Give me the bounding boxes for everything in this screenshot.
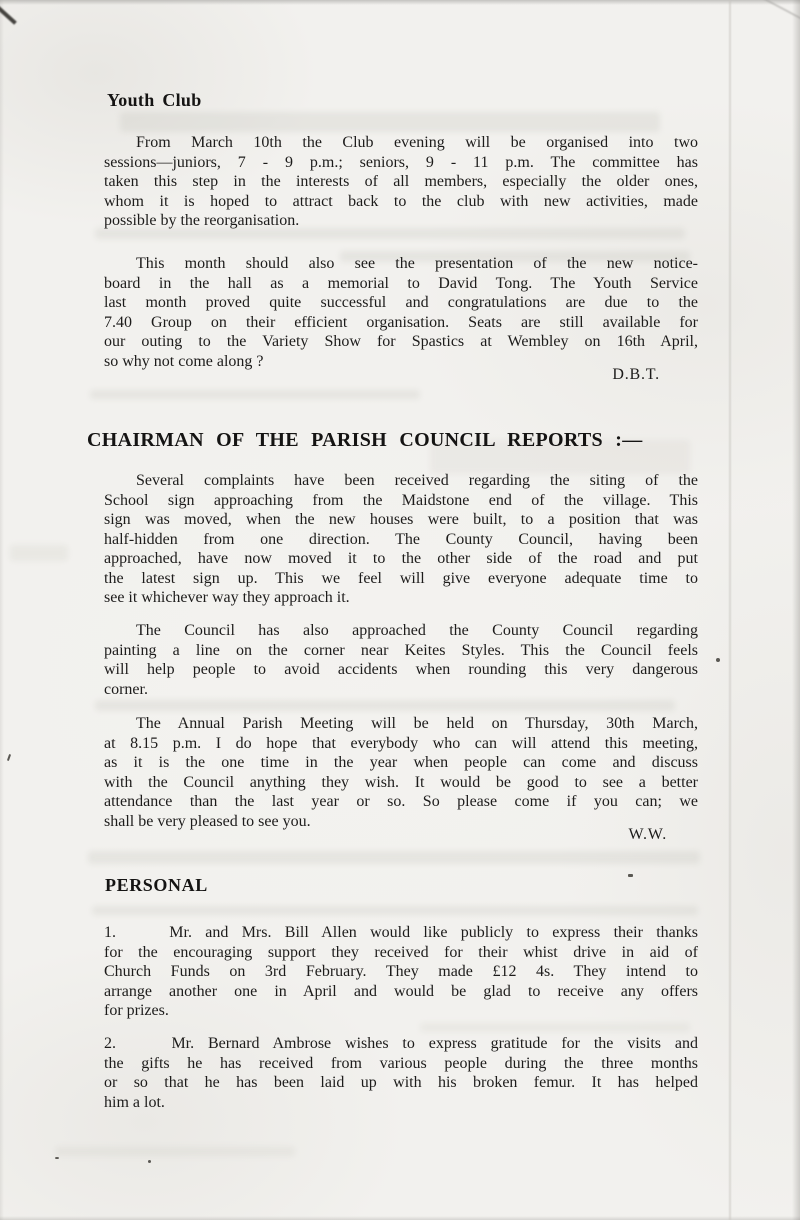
text-line: him a lot. xyxy=(104,1093,698,1113)
text-line: board in the hall as a memorial to David… xyxy=(104,274,698,294)
inkbleed-smudge xyxy=(88,851,700,864)
text-line: the latest sign up. This we feel will gi… xyxy=(104,569,698,589)
inkbleed-smudge xyxy=(120,112,660,132)
text-line: last month proved quite successful and c… xyxy=(104,293,698,313)
paper-crease xyxy=(729,0,731,1220)
scanned-newsletter-page: Youth Club From March 10th the Club even… xyxy=(0,0,800,1220)
text-line: with the Council anything they wish. It … xyxy=(104,773,698,793)
personal-item-1: 1. Mr. and Mrs. Bill Allen would like pu… xyxy=(104,923,698,1021)
text-line: attendance than the last year or so. So … xyxy=(104,792,698,812)
paragraph-youth-club-2: This month should also see the presentat… xyxy=(104,254,698,371)
text-line: School sign approaching from the Maidsto… xyxy=(104,491,698,511)
scan-edge-left xyxy=(0,0,4,1220)
text-line: The Annual Parish Meeting will be held o… xyxy=(104,714,698,734)
text-line: Several complaints have been received re… xyxy=(104,471,698,491)
dust-speck xyxy=(628,874,633,877)
text-line: as it is the one time in the year when p… xyxy=(104,753,698,773)
text-line: arrange another one in April and would b… xyxy=(104,982,698,1002)
inkbleed-smudge xyxy=(420,1023,690,1032)
scan-edge-top xyxy=(0,0,800,5)
text-line: half-hidden from one direction. The Coun… xyxy=(104,530,698,550)
text-line: sessions—juniors, 7 - 9 p.m.; seniors, 9… xyxy=(104,153,698,173)
inkbleed-smudge xyxy=(55,1147,295,1156)
text-line: corner. xyxy=(104,680,698,700)
inkbleed-smudge xyxy=(90,390,420,399)
text-line: possible by the reorganisation. xyxy=(104,211,698,231)
scan-edge-right xyxy=(792,0,800,1220)
text-line: This month should also see the presentat… xyxy=(104,254,698,274)
text-line: 2. Mr. Bernard Ambrose wishes to express… xyxy=(104,1034,698,1054)
personal-item-2: 2. Mr. Bernard Ambrose wishes to express… xyxy=(104,1034,698,1112)
section-heading-youth-club: Youth Club xyxy=(107,90,202,111)
text-line: 1. Mr. and Mrs. Bill Allen would like pu… xyxy=(104,923,698,943)
paragraph-chairman-2: The Council has also approached the Coun… xyxy=(104,621,698,699)
text-line: whom it is hoped to attract back to the … xyxy=(104,192,698,212)
scan-edge-bottom xyxy=(0,1216,800,1220)
text-line: taken this step in the interests of all … xyxy=(104,172,698,192)
section-heading-chairman-reports: CHAIRMAN OF THE PARISH COUNCIL REPORTS :… xyxy=(87,429,643,452)
text-line: at 8.15 p.m. I do hope that everybody wh… xyxy=(104,734,698,754)
text-line: for prizes. xyxy=(104,1001,698,1021)
text-line: painting a line on the corner near Keite… xyxy=(104,641,698,661)
text-line: our outing to the Variety Show for Spast… xyxy=(104,332,698,352)
inkbleed-smudge xyxy=(95,700,675,711)
signature-ww: W.W. xyxy=(104,825,698,845)
dust-speck xyxy=(7,754,11,761)
paragraph-chairman-3: The Annual Parish Meeting will be held o… xyxy=(104,714,698,831)
paragraph-chairman-1: Several complaints have been received re… xyxy=(104,471,698,608)
text-line: approached, have now moved it to the oth… xyxy=(104,549,698,569)
dust-speck xyxy=(716,658,720,662)
signature-dbt: D.B.T. xyxy=(104,365,698,385)
text-line: see it whichever way they approach it. xyxy=(104,588,698,608)
text-line: for the encouraging support they receive… xyxy=(104,943,698,963)
dust-speck xyxy=(148,1160,151,1163)
text-line: From March 10th the Club evening will be… xyxy=(104,133,698,153)
paragraph-youth-club-1: From March 10th the Club evening will be… xyxy=(104,133,698,231)
text-line: Church Funds on 3rd February. They made … xyxy=(104,962,698,982)
inkbleed-smudge xyxy=(10,545,68,561)
text-line: the gifts he has received from various p… xyxy=(104,1054,698,1074)
dust-speck xyxy=(55,1157,59,1159)
text-line: sign was moved, when the new houses were… xyxy=(104,510,698,530)
text-line: will help people to avoid accidents when… xyxy=(104,660,698,680)
text-line: The Council has also approached the Coun… xyxy=(104,621,698,641)
text-line: or so that he has been laid up with his … xyxy=(104,1073,698,1093)
inkbleed-smudge xyxy=(92,906,698,915)
section-heading-personal: PERSONAL xyxy=(105,875,208,896)
text-line: 7.40 Group on their efficient organisati… xyxy=(104,313,698,333)
